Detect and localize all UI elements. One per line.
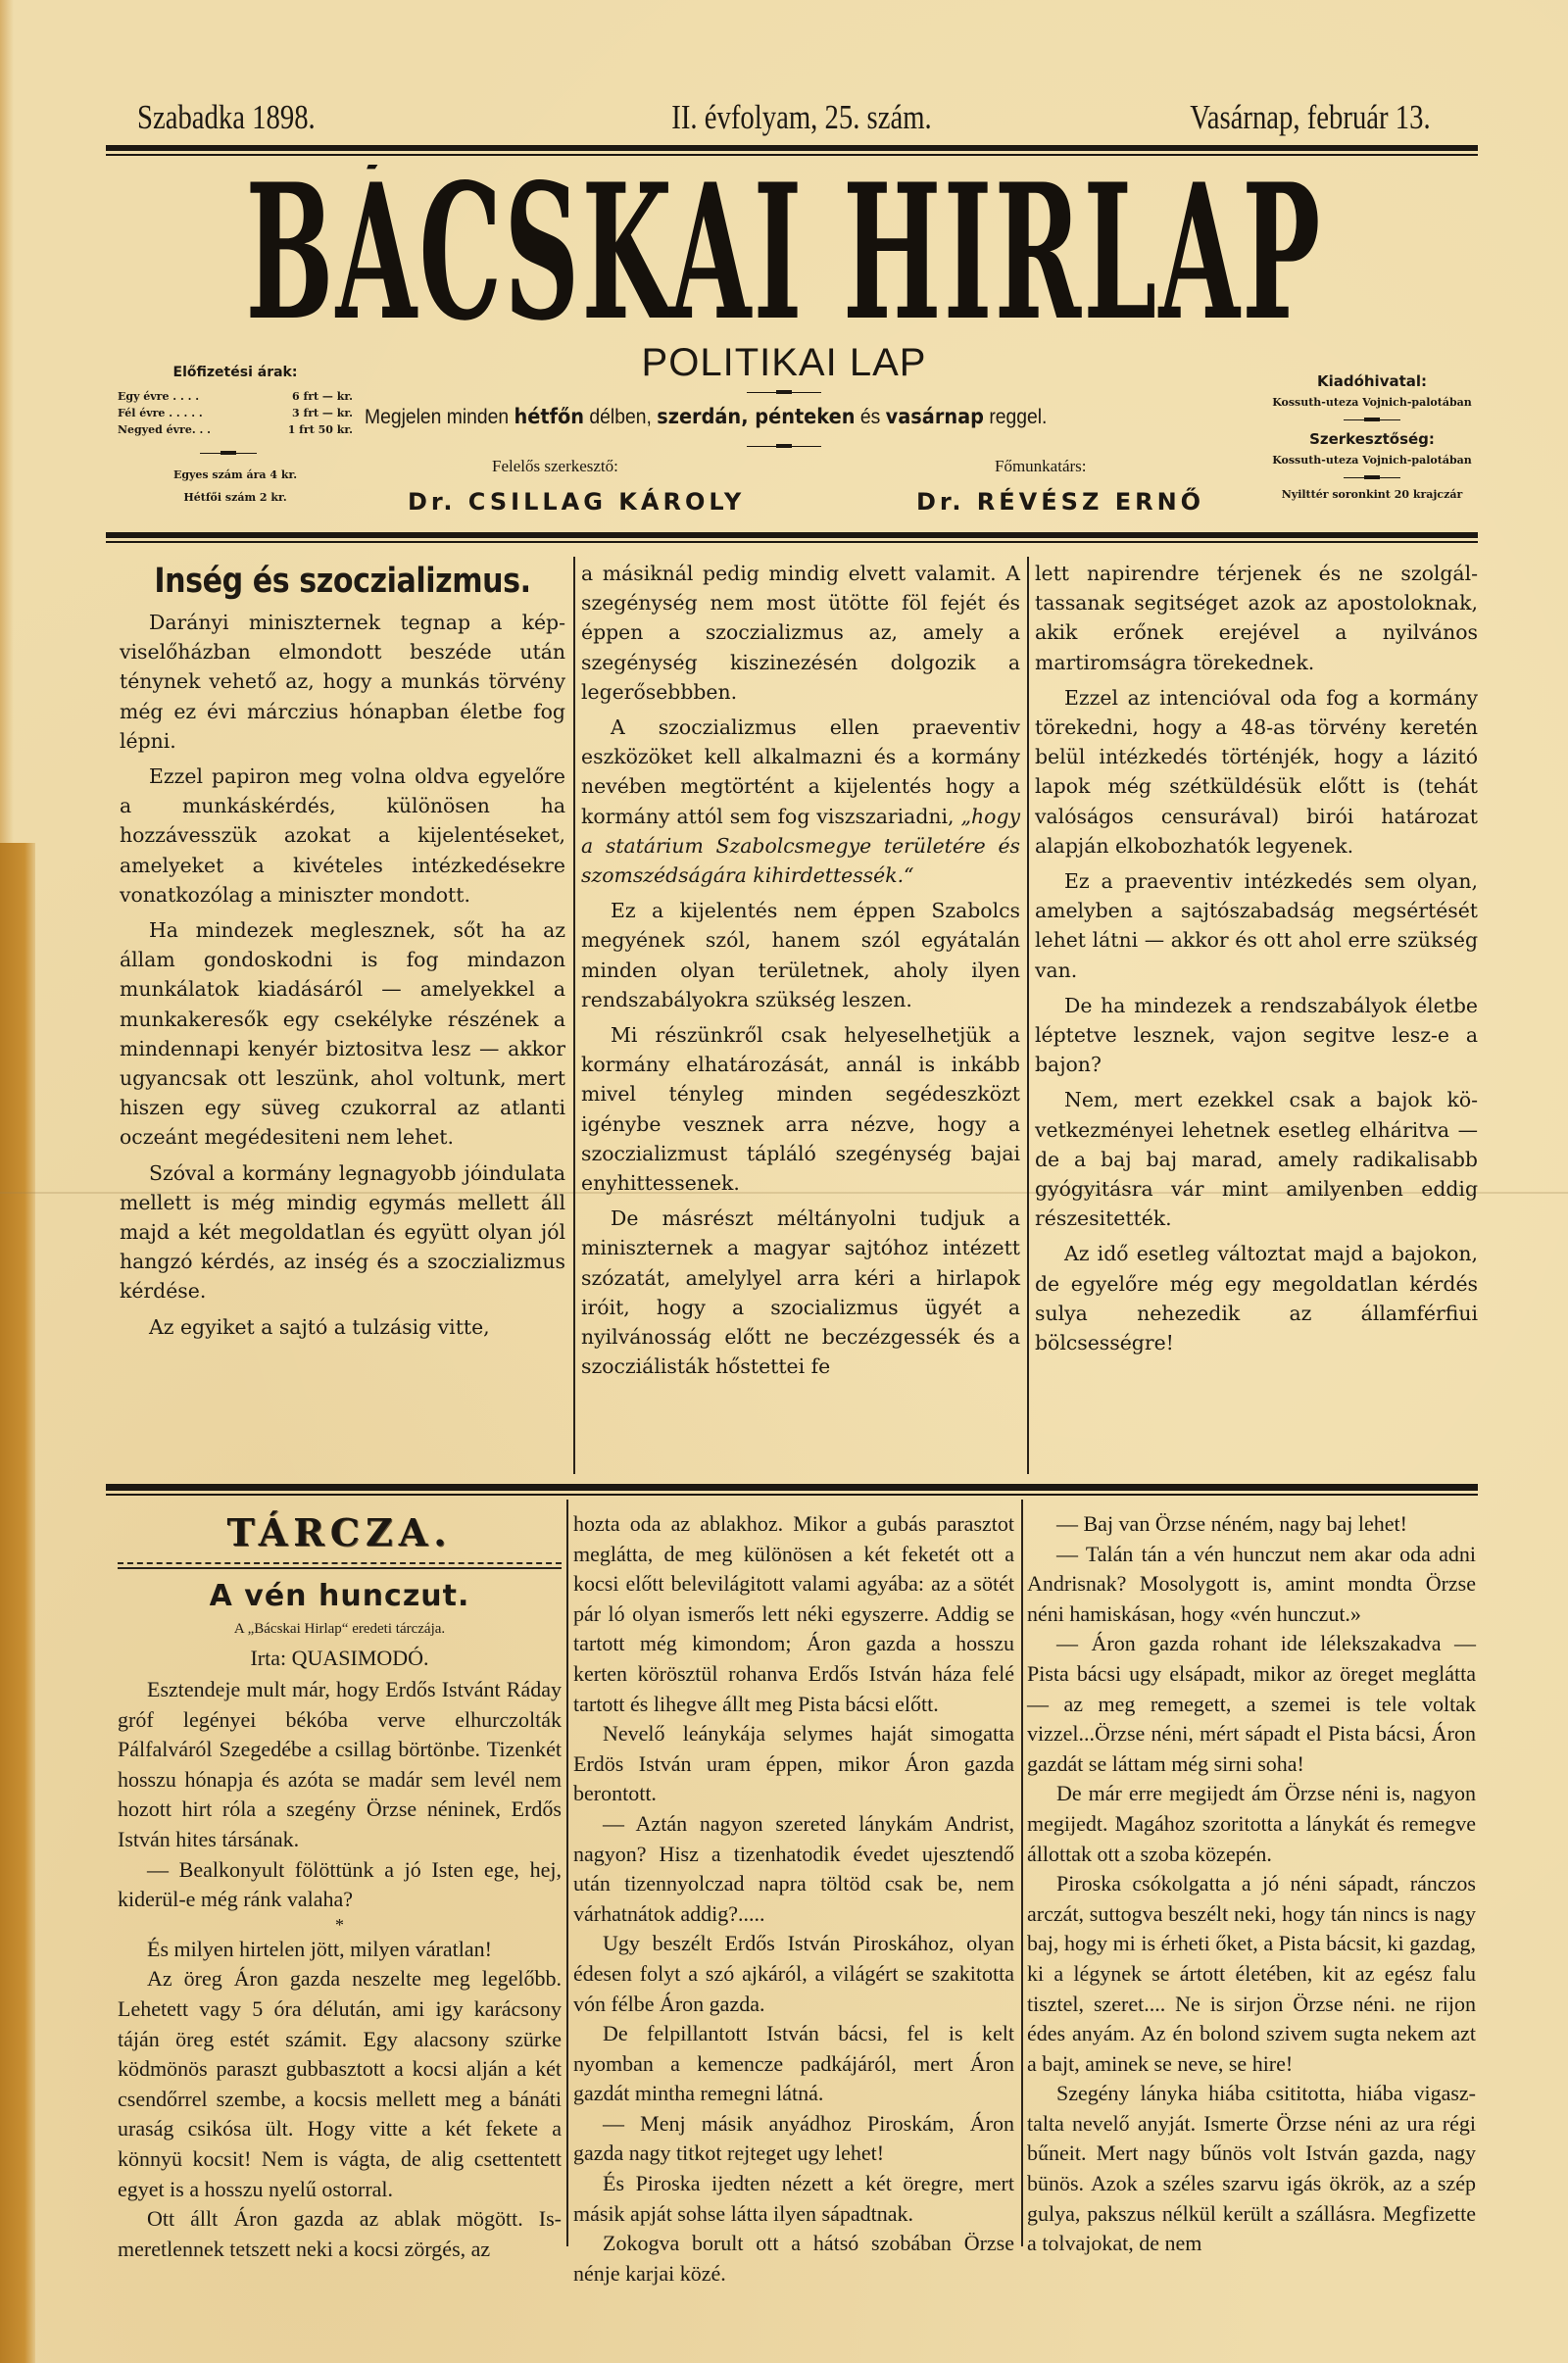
paragraph: Nevelő leánykája selymes haját simogatta… <box>573 1719 1014 1809</box>
feuilleton-column-3: — Baj van Örzse néném, nagy baj lehet! —… <box>1027 1509 1476 2259</box>
office-box: Kiadóhivatal: Kossuth-uteza Vojnich-palo… <box>1245 372 1499 501</box>
paragraph: a másiknál pedig mindig elvett vala­mit.… <box>581 559 1020 707</box>
ornament-divider <box>1344 474 1400 482</box>
paragraph: Ezzel papiron meg volna oldva egyelőre a… <box>120 762 565 910</box>
feuilleton-column-1: TÁRCZA. A vén hunczut. A „Bácskai Hirlap… <box>118 1507 562 2264</box>
paragraph: És Piroska ijedten nézett a két öregre, … <box>573 2169 1014 2229</box>
paragraph: A szoczializmus ellen praeventiv eszközö… <box>581 713 1020 890</box>
dateline: Szabadka 1898. II. évfolyam, 25. szám. V… <box>137 98 1238 143</box>
article-column-2: a másiknál pedig mindig elvett vala­mit.… <box>581 559 1020 1387</box>
paragraph: Szóval a kormány legnagyobb jóin­dulata … <box>120 1158 565 1306</box>
paragraph: Ott állt Áron gazda az ablak mögött. Is­… <box>118 2204 562 2264</box>
paper-edge <box>0 0 14 843</box>
responsible-editor-label: Felelős szerkesztő: <box>492 457 618 476</box>
editorial-heading: Szerkesztőség: <box>1245 430 1499 448</box>
publication-schedule: Megjelen minden hétfőn délben, szerdán, … <box>365 405 1176 429</box>
price-row: Fél évre . . . . . 3 frt — kr. <box>118 405 353 421</box>
feuilleton-column-2: hozta oda az ablakhoz. Mikor a gubás par… <box>573 1509 1014 2289</box>
paragraph: Ez a kijelentés nem éppen Szabolcs megyé… <box>581 896 1020 1014</box>
story-title: A vén hunczut. <box>118 1577 562 1616</box>
publisher-address: Kossuth-uteza Vojnich-palotában <box>1245 396 1499 409</box>
paragraph: — Bealkonyult fölöttünk a jó Isten ege, … <box>118 1855 562 1915</box>
paragraph: Ezzel az intencióval oda fog a kor­mány … <box>1035 683 1478 861</box>
column-divider <box>573 557 575 1474</box>
open-space-price: Nyilttér soronkint 20 krajczár <box>1245 488 1499 501</box>
paragraph: — Baj van Örzse néném, nagy baj lehet! <box>1027 1509 1476 1540</box>
paragraph: És milyen hirtelen jött, milyen váratlan… <box>118 1935 562 1965</box>
issue-date: Vasárnap, február 13. <box>1190 98 1430 137</box>
masthead-rule <box>106 532 1478 538</box>
place-year: Szabadka 1898. <box>137 98 316 137</box>
monday-issue-price: Hétfői szám 2 kr. <box>118 486 353 509</box>
paragraph: Darányi miniszternek tegnap a kép­viselő… <box>120 608 565 756</box>
paragraph: De másrészt méltányolni tudjuk a miniszt… <box>581 1204 1020 1381</box>
thin-rule <box>118 1567 562 1569</box>
paragraph: Az egyiket a sajtó a tulzásig vitte, <box>120 1312 565 1342</box>
paragraph: — Aztán nagyon szereted lánykám Andrist,… <box>573 1809 1014 1929</box>
single-issue-price: Egyes szám ára 4 kr. <box>118 464 353 486</box>
section-separator: * <box>118 1915 562 1935</box>
ornament-divider <box>200 450 257 458</box>
subscription-box: Előfizetési árak: Egy évre . . . . 6 frt… <box>118 365 353 509</box>
paragraph: Ugy beszélt Erdős István Piroskához, oly… <box>573 1929 1014 2019</box>
paragraph: Nem, mert ezekkel csak a bajok kö­vetkez… <box>1035 1085 1478 1233</box>
paragraph: Mi részünkről csak helyeselhetjük a korm… <box>581 1020 1020 1198</box>
article-column-1: Inség és szoczializmus. Darányi miniszte… <box>120 555 565 1348</box>
paragraph: — Áron gazda rohant ide lélekszakadva — … <box>1027 1629 1476 1779</box>
publisher-heading: Kiadóhivatal: <box>1245 372 1499 390</box>
story-subtitle: A „Bácskai Hirlap“ eredeti tárczája. <box>118 1616 562 1642</box>
editorial-address: Kossuth-uteza Vojnich-palotában <box>1245 454 1499 467</box>
masthead: BÁCSKAI HIRLAP <box>0 165 1568 341</box>
paragraph: lett napirendre térjenek és ne szolgál­t… <box>1035 559 1478 677</box>
price-row: Egy évre . . . . 6 frt — kr. <box>118 388 353 405</box>
chief-contributor-name: Dr. RÉVÉSZ ERNŐ <box>916 488 1204 516</box>
responsible-editor-name: Dr. CSILLAG KÁROLY <box>408 488 745 516</box>
article-headline: Inség és szoczializmus. <box>151 559 534 604</box>
paragraph: Szegény lányka hiába csititotta, hiába v… <box>1027 2079 1476 2259</box>
paragraph: Esztendeje mult már, hogy Erdős Istvánt … <box>118 1675 562 1855</box>
story-author: Irta: QUASIMODÓ. <box>118 1642 562 1675</box>
paragraph: Ha mindezek meglesznek, sőt ha az állam … <box>120 915 565 1153</box>
section-rule <box>106 1484 1478 1491</box>
column-divider <box>1027 557 1029 1474</box>
ornament-divider <box>1344 417 1400 424</box>
paragraph: Piroska csókolgatta a jó néni sápadt, rá… <box>1027 1869 1476 2079</box>
feuilleton-section-title: TÁRCZA. <box>118 1507 562 1558</box>
paragraph: De ha mindezek a rendszabályok életbe lé… <box>1035 991 1478 1080</box>
paragraph: hozta oda az ablakhoz. Mikor a gubás par… <box>573 1509 1014 1719</box>
volume-issue: II. évfolyam, 25. szám. <box>671 98 931 137</box>
chief-contributor-label: Főmunkatárs: <box>995 457 1087 476</box>
paragraph: — Menj másik anyádhoz Piroskám, Áron gaz… <box>573 2109 1014 2169</box>
column-divider <box>1021 1500 1023 2246</box>
paragraph: Ez a praeventiv intézkedés sem olyan, am… <box>1035 866 1478 985</box>
subscription-heading: Előfizetési árak: <box>118 365 353 380</box>
paragraph: De már erre megijedt ám Örzse néni is, n… <box>1027 1779 1476 1869</box>
paragraph: Az öreg Áron gazda neszelte meg legelőbb… <box>118 1964 562 2204</box>
newspaper-title: BÁCSKAI HIRLAP <box>246 165 1323 341</box>
ornament-divider <box>747 389 821 397</box>
article-column-3: lett napirendre térjenek és ne szolgál­t… <box>1035 559 1478 1363</box>
paragraph: Az idő esetleg változtat majd a ba­jokon… <box>1035 1239 1478 1357</box>
paragraph: — Talán tán a vén hunczut nem akar oda a… <box>1027 1540 1476 1630</box>
section-rule-thin <box>106 1494 1478 1496</box>
header-rule-thin <box>106 154 1478 156</box>
paper-stain <box>0 843 35 2363</box>
dotted-rule <box>118 1562 562 1564</box>
masthead-rule-thin <box>106 541 1478 543</box>
column-divider <box>566 1500 568 2246</box>
header-rule <box>106 145 1478 151</box>
price-row: Negyed évre. . . 1 frt 50 kr. <box>118 421 353 438</box>
paragraph: De felpillantott István bácsi, fel is ke… <box>573 2019 1014 2109</box>
paragraph: Zokogva borult ott a hátsó szobában Örzs… <box>573 2229 1014 2289</box>
ornament-divider <box>747 443 821 451</box>
